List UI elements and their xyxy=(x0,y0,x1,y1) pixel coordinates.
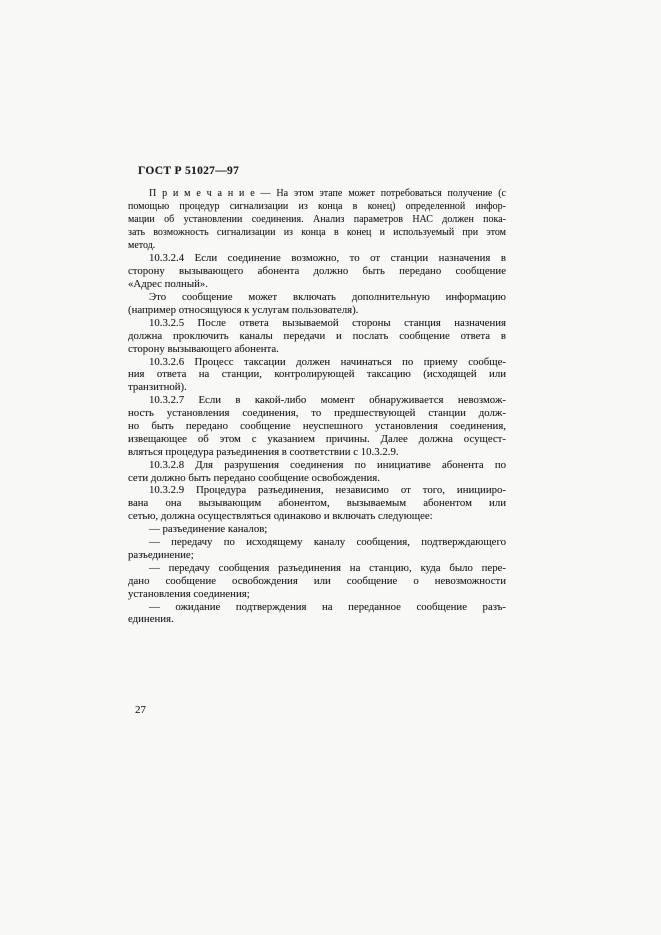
text-line: сторону вызывающего абонента. xyxy=(128,343,506,356)
text-line: П р и м е ч а н и е — На этом этапе може… xyxy=(128,188,506,201)
text-line: 10.3.2.6 Процесс таксации должен начинат… xyxy=(128,356,506,369)
text-line: 10.3.2.5 После ответа вызываемой стороны… xyxy=(128,317,506,330)
document-page: ГОСТ Р 51027—97 П р и м е ч а н и е — На… xyxy=(0,0,661,935)
text-line: 10.3.2.8 Для разрушения соединения по ин… xyxy=(128,459,506,472)
list-item: — ожидание подтверждения на переданное с… xyxy=(128,601,506,627)
text-line: сетью, должна осуществляться одинаково и… xyxy=(128,510,506,523)
body-paragraph: 10.3.2.5 После ответа вызываемой стороны… xyxy=(128,317,506,356)
text-line: сети должно быть передано сообщение осво… xyxy=(128,472,506,485)
list-item: — передачу по исходящему каналу сообщени… xyxy=(128,536,506,562)
text-line: ность установления соединения, то предше… xyxy=(128,407,506,420)
text-line: единения. xyxy=(128,613,506,626)
page-number: 27 xyxy=(135,704,146,716)
text-line: зать возможность сигнализации из конца в… xyxy=(128,227,506,240)
list-item: — разъединение каналов; xyxy=(128,523,506,536)
text-line: вана она вызывающим абонентом, вызываемы… xyxy=(128,497,506,510)
body-paragraph: 10.3.2.6 Процесс таксации должен начинат… xyxy=(128,356,506,395)
body-paragraph: 10.3.2.4 Если соединение возможно, то от… xyxy=(128,252,506,291)
text-line: «Адрес полный». xyxy=(128,278,506,291)
text-line: 10.3.2.7 Если в какой-либо момент обнару… xyxy=(128,394,506,407)
text-line: вляться процедура разъединения в соответ… xyxy=(128,446,506,459)
text-line: транзитной). xyxy=(128,381,506,394)
text-line: 10.3.2.4 Если соединение возможно, то от… xyxy=(128,252,506,265)
text-column: П р и м е ч а н и е — На этом этапе може… xyxy=(128,188,506,626)
list-item: — передачу сообщения разъединения на ста… xyxy=(128,562,506,601)
text-line: — передачу по исходящему каналу сообщени… xyxy=(128,536,506,549)
note-paragraph: П р и м е ч а н и е — На этом этапе може… xyxy=(128,188,506,252)
text-line: 10.3.2.9 Процедура разъединения, независ… xyxy=(128,484,506,497)
text-line: сторону вызывающего абонента должно быть… xyxy=(128,265,506,278)
text-line: установления соединения; xyxy=(128,588,506,601)
text-line: должна проключить каналы передачи и посл… xyxy=(128,330,506,343)
text-line: мации об установлении соединения. Анализ… xyxy=(128,214,506,227)
text-line: — разъединение каналов; xyxy=(128,523,506,536)
text-line: (например относящуюся к услугам пользова… xyxy=(128,304,506,317)
text-line: — ожидание подтверждения на переданное с… xyxy=(128,601,506,614)
text-line: разъединение; xyxy=(128,549,506,562)
text-line: но быть передано сообщение неуспешного у… xyxy=(128,420,506,433)
body-paragraph: 10.3.2.7 Если в какой-либо момент обнару… xyxy=(128,394,506,458)
body-paragraph: 10.3.2.8 Для разрушения соединения по ин… xyxy=(128,459,506,485)
text-line: Это сообщение может включать дополнитель… xyxy=(128,291,506,304)
text-line: помощью процедур сигнализации из конца в… xyxy=(128,201,506,214)
text-line: метод. xyxy=(128,240,506,253)
text-line: извещающее об этом с указанием причины. … xyxy=(128,433,506,446)
document-header: ГОСТ Р 51027—97 xyxy=(138,165,239,177)
body-paragraph: Это сообщение может включать дополнитель… xyxy=(128,291,506,317)
text-line: дано сообщение освобождения или сообщени… xyxy=(128,575,506,588)
text-line: — передачу сообщения разъединения на ста… xyxy=(128,562,506,575)
body-paragraph: 10.3.2.9 Процедура разъединения, независ… xyxy=(128,484,506,523)
text-line: ния ответа на станции, контролирующей та… xyxy=(128,368,506,381)
